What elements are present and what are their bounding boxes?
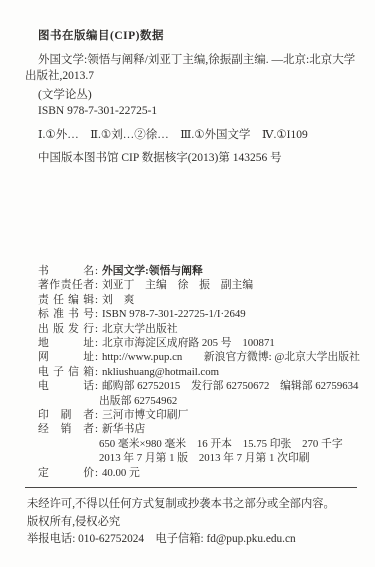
info-row: 2013 年 7 月第 1 版 2013 年 7 月第 1 次印刷	[38, 451, 360, 465]
info-colon: :	[95, 351, 98, 363]
info-row: 标准书号:ISBN 978-7-301-22725-1/I·2649	[38, 307, 360, 321]
cip-description: 外国文学:领悟与阐释/刘亚丁主编,徐振副主编. —北京:北京大学出版社,2013…	[25, 52, 359, 85]
cip-isbn: ISBN 978-7-301-22725-1	[25, 103, 359, 120]
info-value: 2013 年 7 月第 1 版 2013 年 7 月第 1 次印刷	[99, 452, 310, 464]
info-value: 三河市博文印刷厂	[102, 409, 188, 421]
info-label: 标准书号	[38, 307, 94, 321]
info-colon: :	[95, 409, 98, 421]
copyright-notice: 未经许可,不得以任何方式复制或抄袭本书之部分或全部内容。 版权所有,侵权必究 举…	[27, 496, 357, 549]
info-label: 网址	[38, 350, 94, 364]
info-row: 经销者:新华书店	[38, 422, 360, 436]
info-row: 650 毫米×980 毫米 16 开本 15.75 印张 270 千字	[38, 437, 360, 451]
info-label: 电子信箱	[38, 365, 94, 379]
info-colon: :	[95, 279, 98, 291]
info-row: 地址:北京市海淀区成府路 205 号 100871	[38, 336, 360, 350]
info-label: 经销者	[38, 422, 94, 436]
info-value: ISBN 978-7-301-22725-1/I·2649	[102, 308, 246, 320]
info-colon: :	[95, 380, 98, 392]
info-value: 北京市海淀区成府路 205 号 100871	[102, 337, 275, 349]
info-row: 责任编辑:刘 爽	[38, 293, 360, 307]
info-value: 出版部 62754962	[99, 395, 177, 407]
info-row: 印刷者:三河市博文印刷厂	[38, 408, 360, 422]
info-label: 定价	[38, 466, 94, 480]
info-colon: :	[95, 265, 98, 277]
info-label: 印刷者	[38, 408, 94, 422]
info-value: 北京大学出版社	[102, 323, 178, 335]
notice-line-1: 未经许可,不得以任何方式复制或抄袭本书之部分或全部内容。	[27, 496, 357, 514]
info-label: 地址	[38, 336, 94, 350]
info-colon: :	[95, 366, 98, 378]
cip-series: (文学论丛)	[25, 87, 359, 104]
divider-line	[25, 487, 357, 488]
info-value: http://www.pup.cn 新浪官方微博: @北京大学出版社	[102, 351, 360, 363]
info-value: 650 毫米×980 毫米 16 开本 15.75 印张 270 千字	[99, 438, 343, 450]
cip-block: 图书在版编目(CIP)数据 外国文学:领悟与阐释/刘亚丁主编,徐振副主编. —北…	[25, 28, 359, 167]
info-value: 邮购部 62752015 发行部 62750672 编辑部 62759634	[102, 380, 358, 392]
info-row: 定价:40.00 元	[38, 466, 360, 480]
info-colon: :	[95, 337, 98, 349]
info-row: 网址:http://www.pup.cn 新浪官方微博: @北京大学出版社	[38, 350, 360, 364]
info-row: 电话:邮购部 62752015 发行部 62750672 编辑部 6275963…	[38, 379, 360, 393]
info-row: 著作责任者:刘亚丁 主编 徐 振 副主编	[38, 278, 360, 292]
cip-classification: Ⅰ.①外… Ⅱ.①刘…②徐… Ⅲ.①外国文学 Ⅳ.①I109	[25, 127, 359, 144]
info-row: 出版部 62754962	[38, 394, 360, 408]
info-value: 外国文学:领悟与阐释	[102, 265, 203, 277]
info-value: 刘亚丁 主编 徐 振 副主编	[102, 279, 253, 291]
info-value: 新华书店	[102, 423, 145, 435]
notice-line-3: 举报电话: 010-62752024 电子信箱: fd@pup.pku.edu.…	[27, 531, 357, 549]
info-label: 书名	[38, 264, 94, 278]
info-label: 责任编辑	[38, 293, 94, 307]
info-row: 电子信箱:nkliushuang@hotmail.com	[38, 365, 360, 379]
info-label: 著作责任者	[38, 278, 94, 292]
info-colon: :	[95, 308, 98, 320]
info-row: 出版发行:北京大学出版社	[38, 322, 360, 336]
info-colon: :	[95, 323, 98, 335]
info-value: nkliushuang@hotmail.com	[102, 366, 219, 378]
info-value: 40.00 元	[102, 467, 140, 479]
info-colon: :	[95, 294, 98, 306]
info-row: 书名:外国文学:领悟与阐释	[38, 264, 360, 278]
notice-line-2: 版权所有,侵权必究	[27, 514, 357, 532]
info-value: 刘 爽	[102, 294, 134, 306]
cip-heading: 图书在版编目(CIP)数据	[25, 28, 359, 45]
info-label: 电话	[38, 379, 94, 393]
info-colon: :	[95, 467, 98, 479]
publication-info: 书名:外国文学:领悟与阐释著作责任者:刘亚丁 主编 徐 振 副主编责任编辑:刘 …	[38, 264, 360, 480]
cip-record-number: 中国版本图书馆 CIP 数据核字(2013)第 143256 号	[25, 150, 359, 167]
copyright-page: 图书在版编目(CIP)数据 外国文学:领悟与阐释/刘亚丁主编,徐振副主编. —北…	[0, 0, 375, 567]
info-label: 出版发行	[38, 322, 94, 336]
info-colon: :	[95, 423, 98, 435]
